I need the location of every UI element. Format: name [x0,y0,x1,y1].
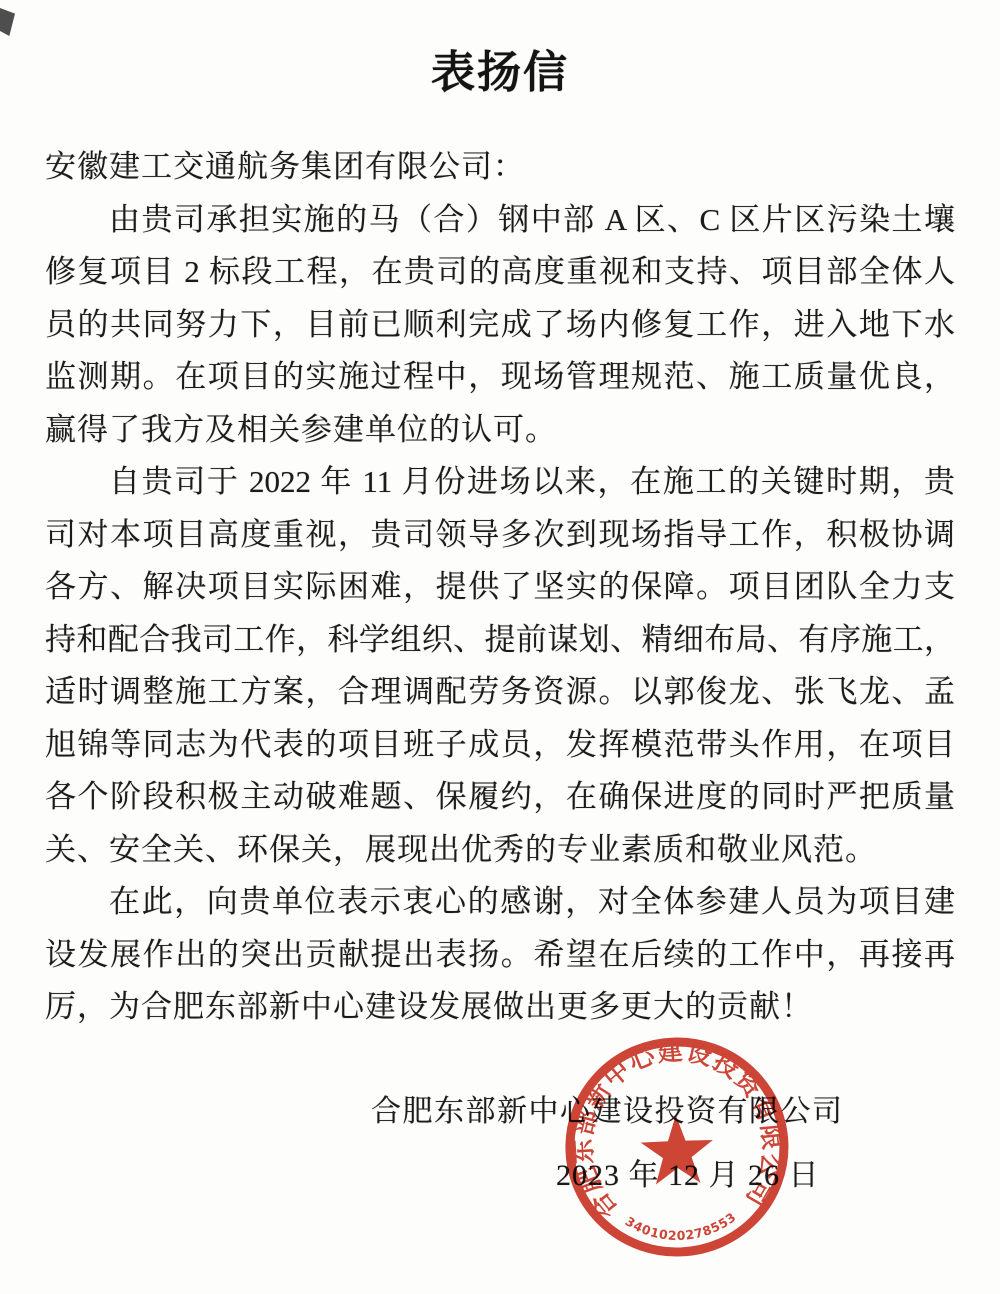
body-line: 自贵司于 2022 年 11 月份进场以来，在施工的关键时期，贵 [45,456,955,509]
body-line: 各个阶段积极主动破难题、保履约，在确保进度的同时严把质量 [45,771,955,824]
body-line: 各方、解决项目实际困难，提供了坚实的保障。项目团队全力支 [45,561,955,614]
letter-title: 表扬信 [0,36,1000,100]
body-line: 修复项目 2 标段工程，在贵司的高度重视和支持、项目部全体人 [45,246,955,299]
body-line: 在此，向贵单位表示衷心的感谢，对全体参建人员为项目建 [45,876,955,929]
scan-corner-artifact [0,8,15,36]
letter-content: 安徽建工交通航务集团有限公司： 由贵司承担实施的马（合）钢中部 A 区、C 区片… [45,141,955,1034]
official-red-seal: 合肥东部新中心建设投资有限公司 3401020278553 [557,1030,797,1268]
body-line: 赢得了我方及相关参建单位的认可。 [45,404,955,457]
body-line: 旭锦等同志为代表的项目班子成员，发挥模范带头作用，在项目 [45,719,955,772]
body-line: 设发展作出的突出贡献提出表扬。希望在后续的工作中，再接再 [45,929,955,982]
scanned-letter-page: 表扬信 安徽建工交通航务集团有限公司： 由贵司承担实施的马（合）钢中部 A 区、… [0,0,1000,1294]
body-line: 由贵司承担实施的马（合）钢中部 A 区、C 区片区污染土壤 [45,194,955,247]
body-line: 持和配合我司工作，科学组织、提前谋划、精细布局、有序施工， [45,614,955,667]
body-line: 厉，为合肥东部新中心建设发展做出更多更大的贡献！ [45,981,955,1034]
body-line: 关、安全关、环保关，展现出优秀的专业素质和敬业风范。 [45,824,955,877]
body-line: 监测期。在项目的实施过程中，现场管理规范、施工质量优良， [45,351,955,404]
body-line: 员的共同努力下，目前已顺利完成了场内修复工作，进入地下水 [45,299,955,352]
salutation: 安徽建工交通航务集团有限公司： [45,141,955,194]
star-icon [640,1114,715,1185]
letter-body: 由贵司承担实施的马（合）钢中部 A 区、C 区片区污染土壤修复项目 2 标段工程… [45,194,955,1034]
body-line: 适时调整施工方案，合理调配劳务资源。以郭俊龙、张飞龙、孟 [45,666,955,719]
body-line: 司对本项目高度重视，贵司领导多次到现场指导工作，积极协调 [45,509,955,562]
